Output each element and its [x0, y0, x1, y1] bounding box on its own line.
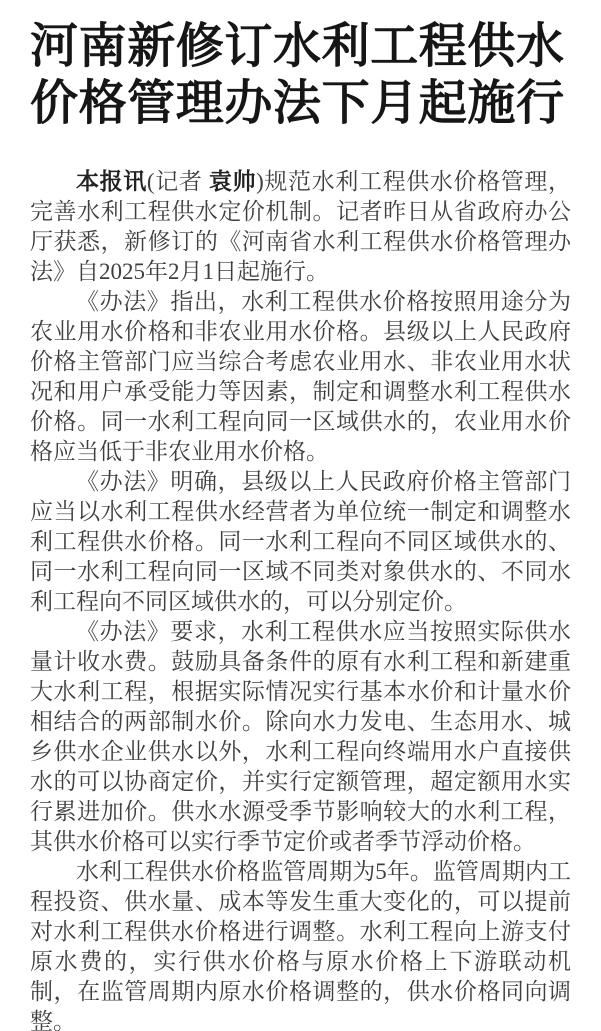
newspaper-article-page: 河南新修订水利工程供水 价格管理办法下月起施行 本报讯(记者 袁帅)规范水利工程… [0, 0, 601, 1031]
article-body: 本报讯(记者 袁帅)规范水利工程供水价格管理，完善水利工程供水定价机制。记者昨日… [30, 166, 571, 1031]
article-paragraph: 《办法》明确，县级以上人民政府价格主管部门应当以水利工程供水经营者为单位统一制定… [30, 467, 571, 617]
article-headline: 河南新修订水利工程供水 价格管理办法下月起施行 [30, 0, 571, 132]
article-paragraph: 水利工程供水价格监管周期为5年。监管周期内工程投资、供水量、成本等发生重大变化的… [30, 857, 571, 1031]
reporter-credit-suffix: ) [256, 169, 264, 194]
article-paragraph: 《办法》指出，水利工程供水价格按照用途分为农业用水价格和非农业用水价格。县级以上… [30, 287, 571, 467]
reporter-name: 袁帅 [209, 168, 256, 194]
article-paragraph: 《办法》要求，水利工程供水应当按照实际供水量计收水费。鼓励具备条件的原有水利工程… [30, 617, 571, 857]
headline-line2: 价格管理办法下月起施行 [30, 77, 565, 130]
dateline-label: 本报讯 [76, 168, 147, 194]
reporter-credit-prefix: (记者 [147, 169, 209, 194]
lead-paragraph: 本报讯(记者 袁帅)规范水利工程供水价格管理，完善水利工程供水定价机制。记者昨日… [30, 166, 571, 287]
headline-line1: 河南新修订水利工程供水 [30, 20, 565, 73]
